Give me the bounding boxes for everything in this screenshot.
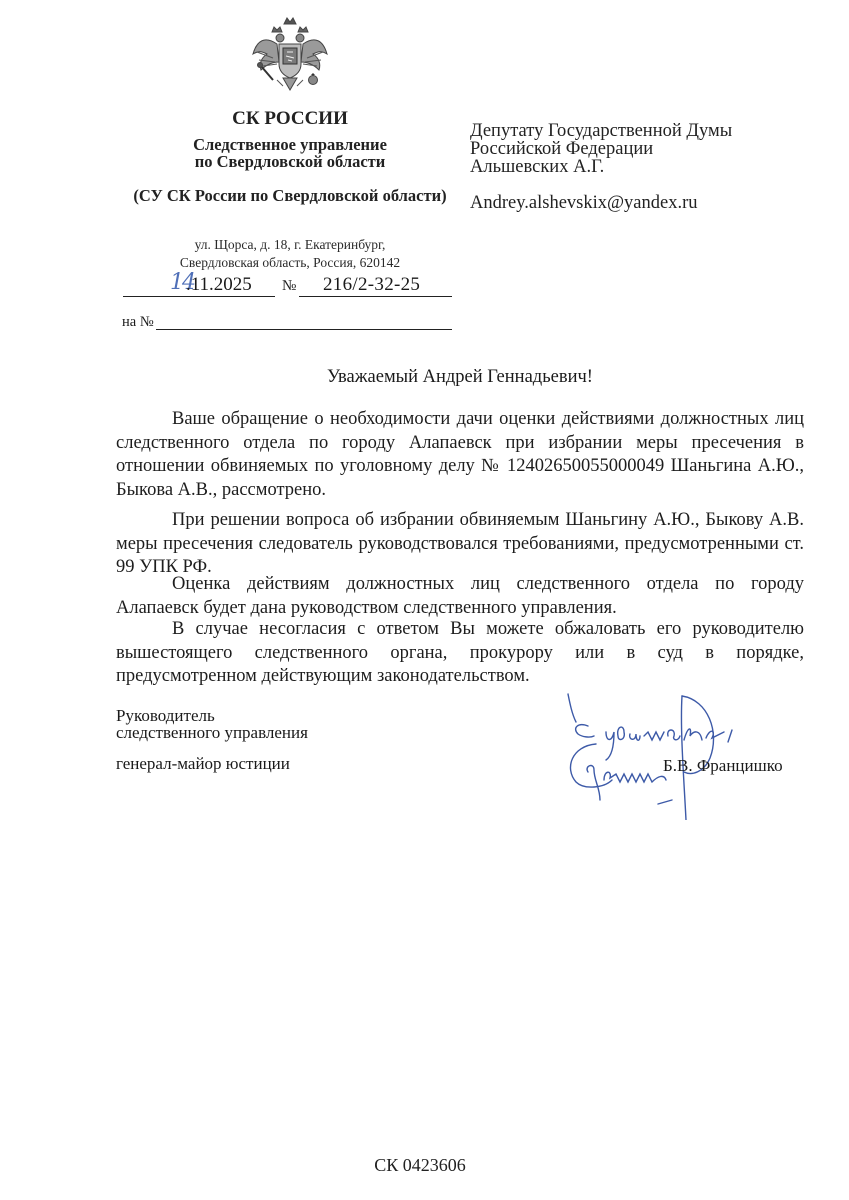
- russian-coat-of-arms-icon: [247, 14, 333, 98]
- recipient-block: Депутату Государственной Думы Российской…: [470, 122, 732, 176]
- org-title: СК РОССИИ: [100, 108, 480, 130]
- body-paragraph-4: В случае несогласия с ответом Вы можете …: [116, 618, 804, 689]
- date-underline: [123, 296, 275, 297]
- number-underline: [299, 296, 452, 297]
- salutation: Уважаемый Андрей Геннадьевич!: [100, 367, 820, 388]
- paragraph-text: При решении вопроса об избрании обвиняем…: [116, 509, 804, 580]
- paragraph-text: Оценка действиям должностных лиц следств…: [116, 573, 804, 620]
- recipient-line1: Депутату Государственной Думы: [470, 122, 732, 140]
- recipient-line2: Российской Федерации: [470, 140, 732, 158]
- number-sign: №: [282, 278, 296, 295]
- signer-position-line2: следственного управления: [116, 724, 308, 741]
- handwritten-signature: [560, 680, 820, 820]
- registration-number: 216/2-32-25: [323, 274, 420, 296]
- org-short-name: (СУ СК России по Свердловской области): [100, 186, 480, 206]
- address-line2: Свердловская область, Россия, 620142: [100, 254, 480, 272]
- body-paragraph-3: Оценка действиям должностных лиц следств…: [116, 573, 804, 620]
- recipient-email: Andrey.alshevskix@yandex.ru: [470, 193, 698, 214]
- form-serial-number: СК 0423606: [320, 1155, 520, 1176]
- reference-label: на №: [122, 314, 154, 331]
- body-paragraph-2: При решении вопроса об избрании обвиняем…: [116, 509, 804, 580]
- paragraph-text: В случае несогласия с ответом Вы можете …: [116, 618, 804, 689]
- recipient-line3: Альшевских А.Г.: [470, 158, 732, 176]
- org-name-line1: Следственное управление: [100, 136, 480, 153]
- org-name-line2: по Свердловской области: [100, 153, 480, 170]
- signer-rank: генерал-майор юстиции: [116, 755, 290, 772]
- body-paragraph-1: Ваше обращение о необходимости дачи оцен…: [116, 408, 804, 502]
- signer-position-line1: Руководитель: [116, 707, 215, 724]
- address-line1: ул. Щорса, д. 18, г. Екатеринбург,: [100, 236, 480, 254]
- signer-name: Б.В. Францишко: [663, 756, 783, 776]
- reference-underline: [156, 329, 452, 330]
- date-printed: .11.2025: [186, 274, 252, 296]
- paragraph-text: Ваше обращение о необходимости дачи оцен…: [116, 408, 804, 502]
